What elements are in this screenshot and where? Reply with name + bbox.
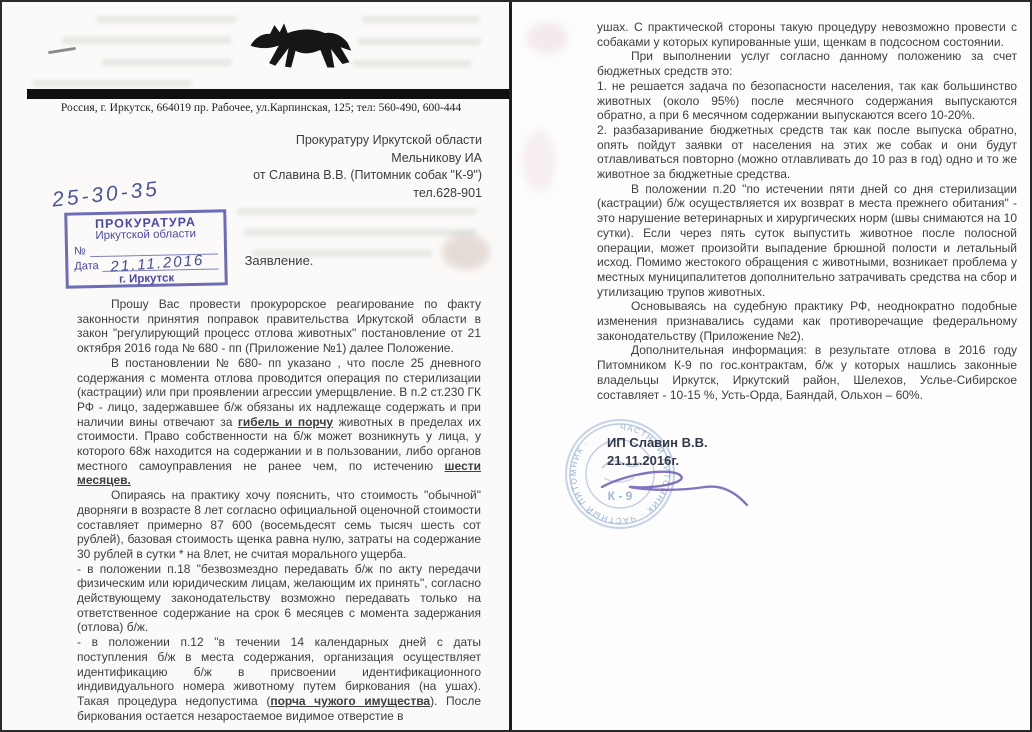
bleed-through-line [357, 38, 481, 45]
letterhead-address: Россия, г. Иркутск, 664019 пр. Рабочее, … [12, 102, 510, 114]
paragraph: - в положении п.12 "в течении 14 календа… [77, 635, 481, 723]
handwritten-signature [587, 457, 767, 517]
paragraph: Дополнительная информация: в результате … [597, 343, 1017, 402]
bleed-through-line [102, 59, 232, 66]
bleed-through-line [62, 37, 232, 44]
recipient-line: Прокуратуру Иркутской области [182, 132, 482, 150]
dog-logo-icon [247, 18, 353, 80]
paragraph: - в положении п.18 "безвозмездно передав… [77, 562, 481, 636]
document-title: Заявление. [77, 253, 481, 268]
bleed-through-line [352, 60, 472, 67]
bleed-through-line [97, 16, 237, 23]
paper-stain [526, 22, 568, 54]
paragraph: 2. разбазаривание бюджетных средств так … [597, 123, 1017, 182]
recipient-line: от Славина В.В. (Питомник собак "К-9") [182, 167, 482, 185]
paragraph: 1. не решается задача по безопасности на… [597, 79, 1017, 123]
letterhead-divider-bar [27, 89, 510, 99]
page-1: Россия, г. Иркутск, 664019 пр. Рабочее, … [2, 2, 510, 730]
page-1-body-text: Прошу Вас провести прокурорское реагиров… [77, 297, 481, 723]
page-2-body-text: ушах. С практической стороны такую проце… [597, 20, 1017, 402]
scanned-document: Россия, г. Иркутск, 664019 пр. Рабочее, … [0, 0, 1032, 732]
paragraph: Основываясь на судебную практику РФ, нео… [597, 299, 1017, 343]
bleed-through-line [244, 229, 476, 236]
paragraph: В постановлении № 680- пп указано , что … [77, 356, 481, 488]
bleed-through-line [32, 80, 192, 87]
paper-stain [522, 130, 556, 192]
signer-name: ИП Славин В.В. [607, 434, 708, 452]
paragraph: ушах. С практической стороны такую проце… [597, 20, 1017, 49]
bleed-through-line [237, 208, 477, 215]
stamp-region: Иркутской области [74, 227, 218, 242]
recipient-block: Прокуратуру Иркутской области Мельникову… [182, 132, 482, 202]
bleed-through-line [362, 16, 480, 23]
recipient-line: Мельникову ИА [182, 150, 482, 168]
recipient-line: тел.628-901 [182, 185, 482, 203]
stamp-city: г. Иркутск [75, 271, 219, 286]
paragraph: Опираясь на практику хочу пояснить, что … [77, 488, 481, 562]
paragraph: Прошу Вас провести прокурорское реагиров… [77, 297, 481, 356]
page-2: ушах. С практической стороны такую проце… [512, 2, 1032, 730]
handwritten-case-number: 25-30-35 [51, 177, 161, 212]
paragraph: При выполнении услуг согласно данному по… [597, 49, 1017, 78]
registration-stamp: ПРОКУРАТУРА Иркутской области № Дата г. … [64, 209, 228, 288]
pen-mark [48, 47, 76, 54]
paragraph: В положении п.20 "по истечении пяти дней… [597, 182, 1017, 300]
